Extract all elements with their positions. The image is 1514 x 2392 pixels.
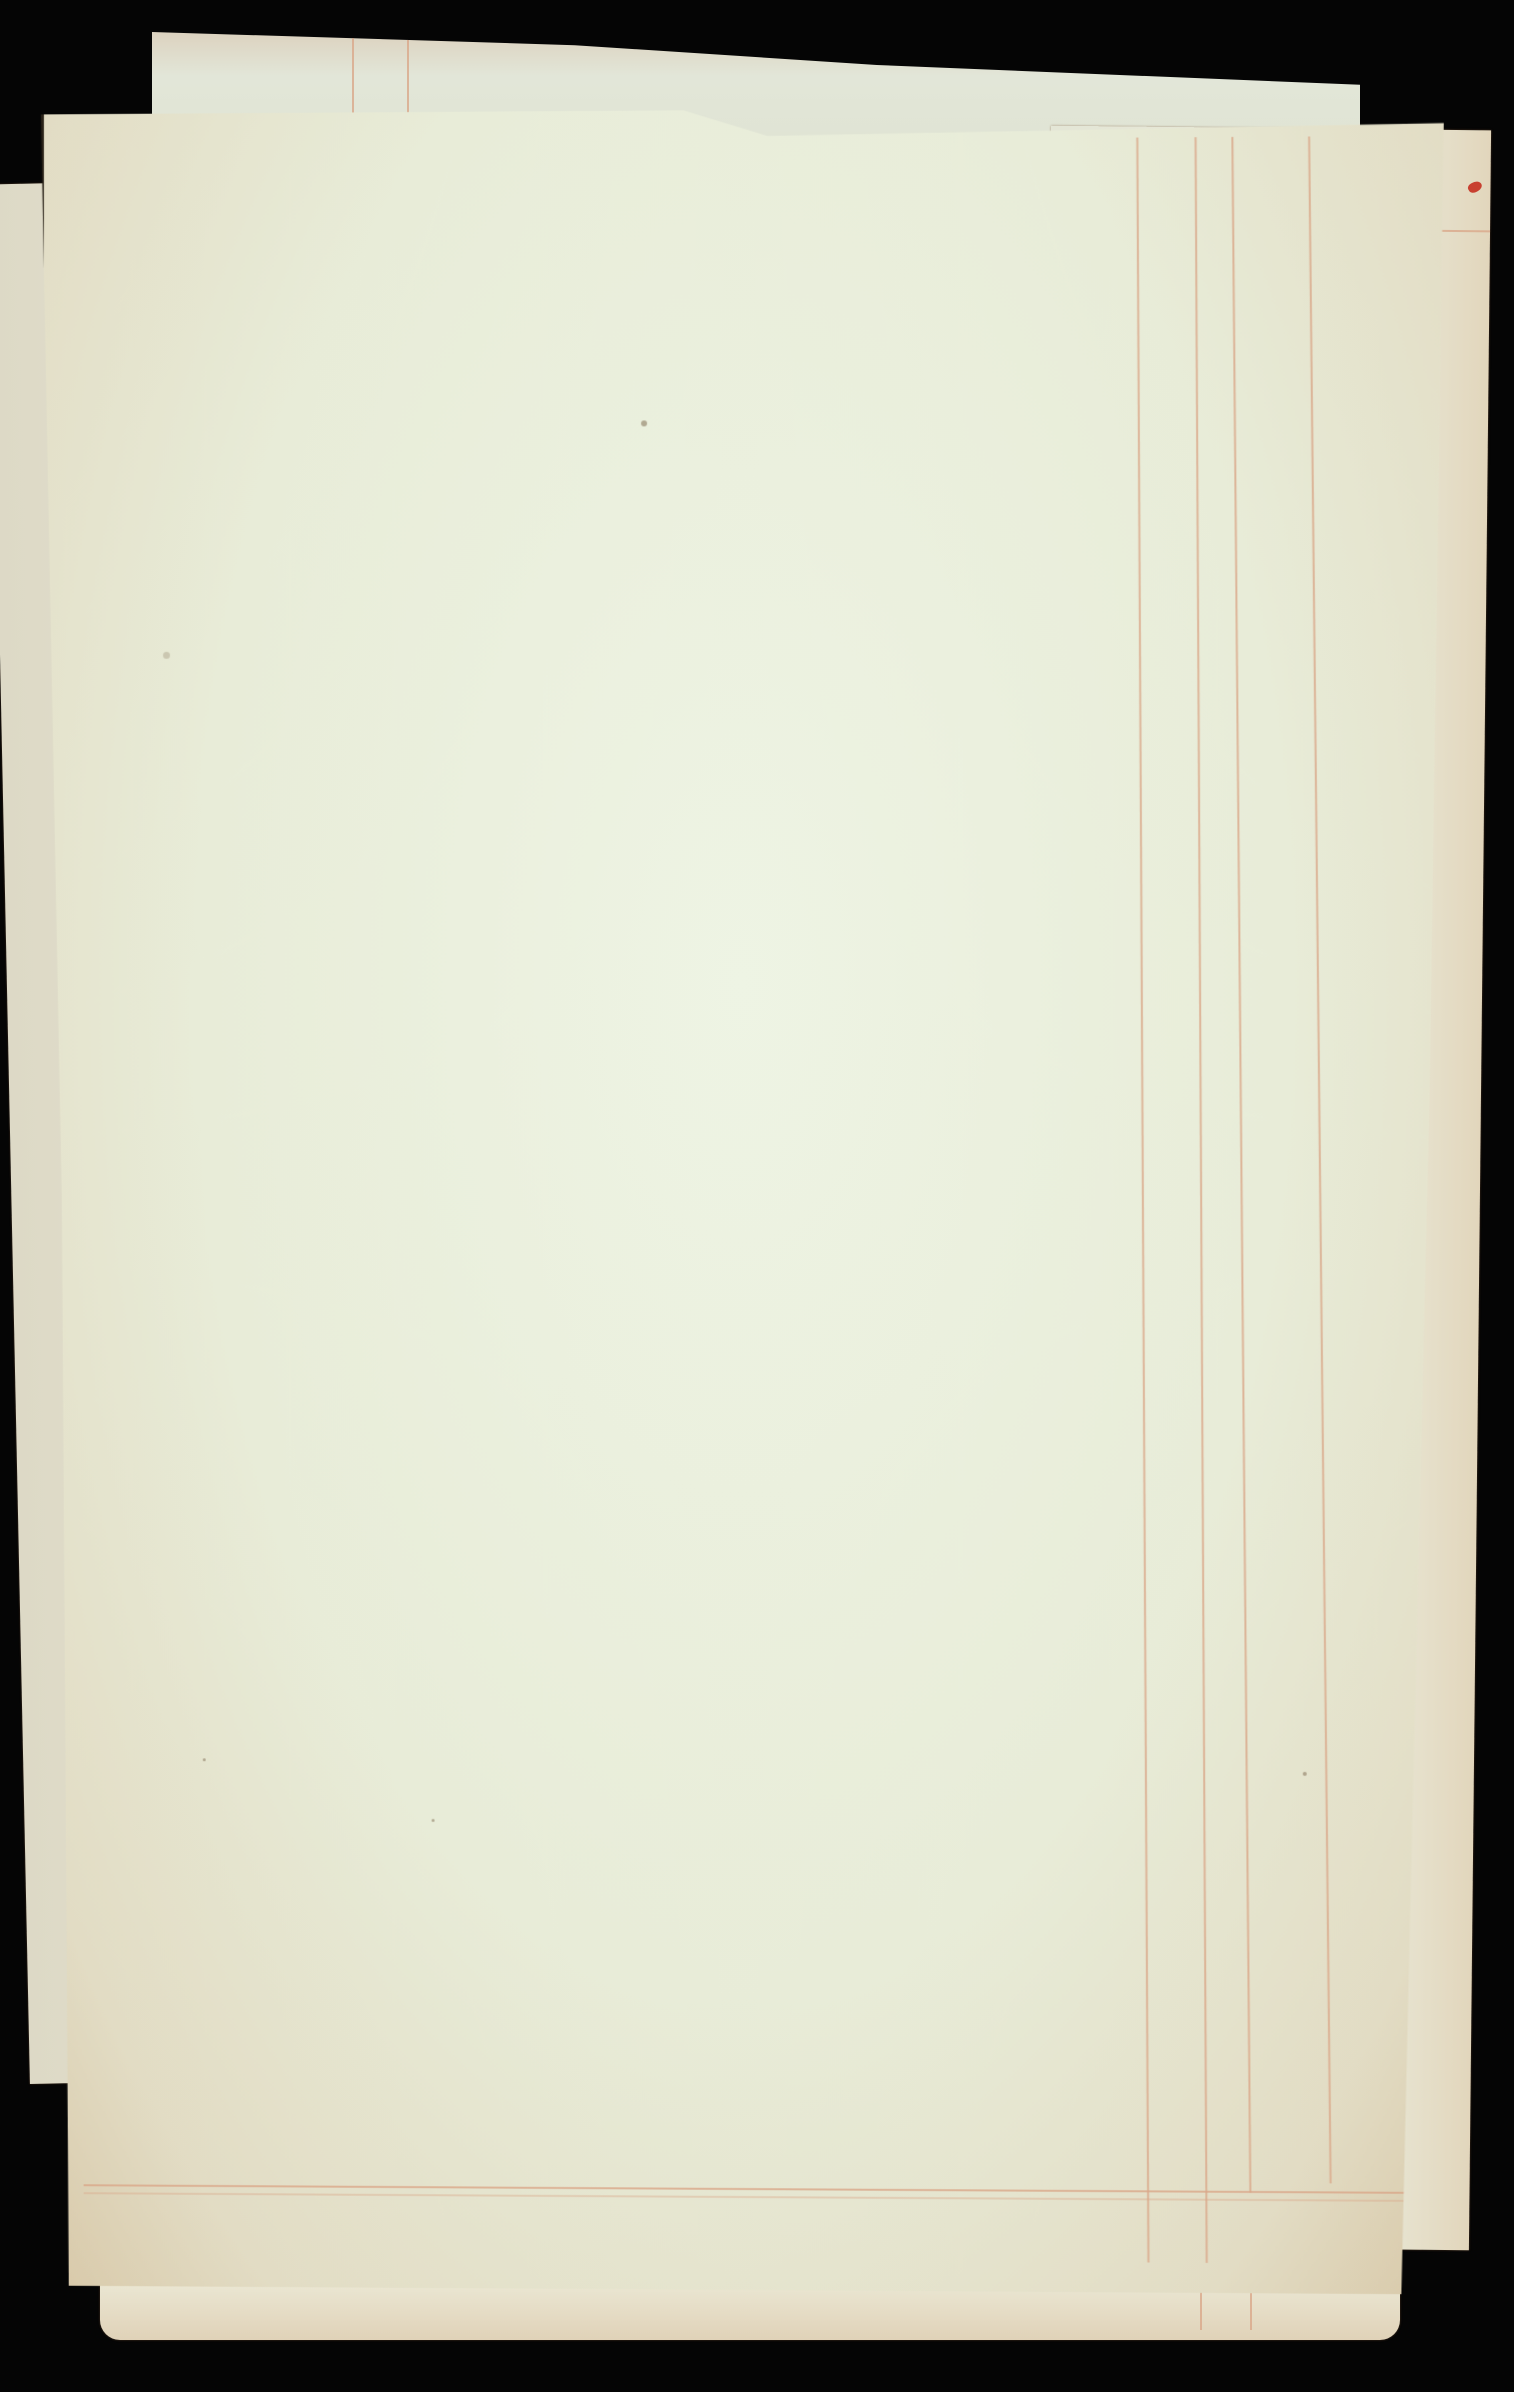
ruled-column-line-4 <box>1308 137 1332 2184</box>
paper-speck <box>163 652 170 659</box>
bottom-rule-double <box>84 2192 1424 2202</box>
ruled-column-line-3 <box>1231 137 1251 2193</box>
paper-speck <box>203 1758 206 1761</box>
paper-speck <box>641 420 647 426</box>
ruled-column-line-2 <box>1195 137 1208 2263</box>
ruled-column-line-1 <box>1136 138 1149 2263</box>
paper-speck <box>432 1819 435 1822</box>
front-ledger-sheet <box>41 106 1444 2295</box>
paper-speck <box>1303 1772 1307 1776</box>
